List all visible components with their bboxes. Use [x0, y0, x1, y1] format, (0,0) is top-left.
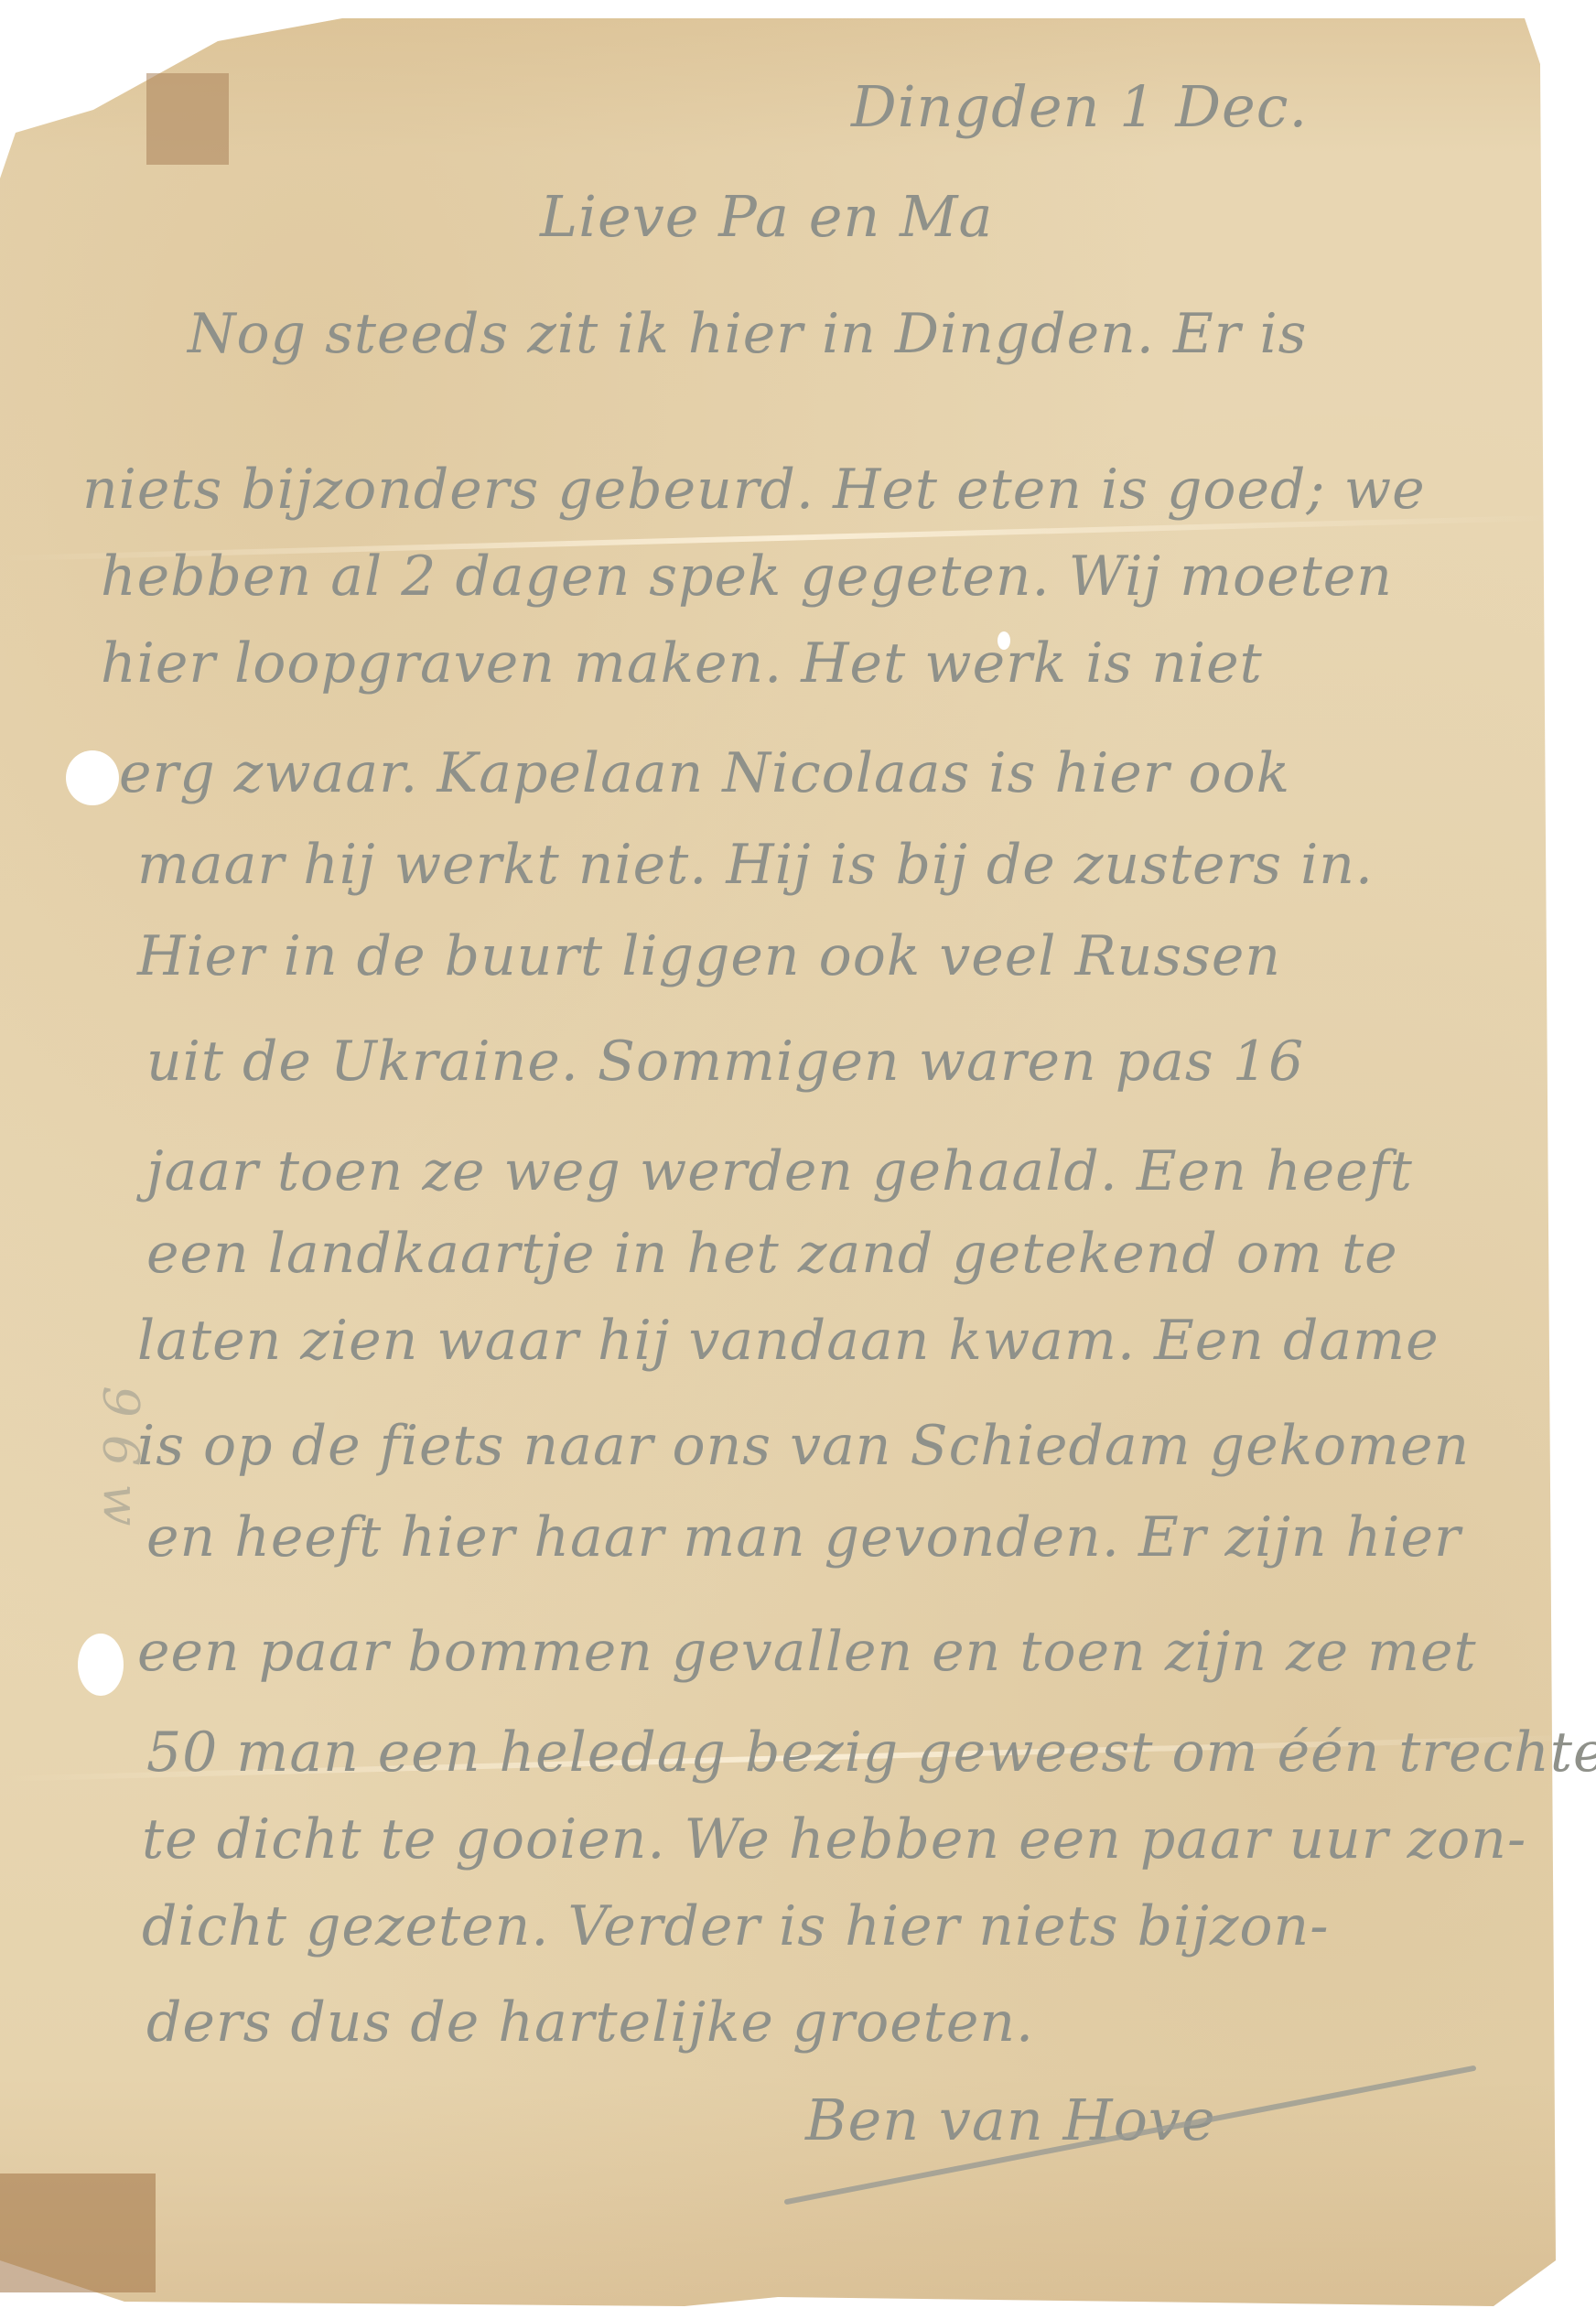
- body-line-2: niets bijzonders gebeurd. Het eten is go…: [82, 458, 1426, 522]
- body-line-14: een paar bommen gevallen en toen zijn ze…: [137, 1620, 1477, 1684]
- body-line-5: erg zwaar. Kapelaan Nicolaas is hier ook: [119, 741, 1290, 805]
- body-line-8: uit de Ukraine. Sommigen waren pas 16: [146, 1030, 1304, 1094]
- body-line-18: ders dus de hartelijke groeten.: [146, 1990, 1034, 2055]
- signature: Ben van Hove: [805, 2087, 1216, 2153]
- body-line-4: hier loopgraven maken. Het werk is niet: [101, 631, 1263, 696]
- body-line-11: laten zien waar hij vandaan kwam. Een da…: [137, 1309, 1440, 1373]
- tape-residue: [0, 2173, 156, 2292]
- body-line-16: te dicht te gooien. We hebben een paar u…: [142, 1807, 1526, 1871]
- body-line-3: hebben al 2 dagen spek gegeten. Wij moet…: [101, 545, 1393, 609]
- salutation: Lieve Pa en Ma: [540, 183, 994, 250]
- body-line-12: is op de fiets naar ons van Schiedam gek…: [137, 1414, 1470, 1478]
- body-line-1: Nog steeds zit ik hier in Dingden. Er is: [188, 302, 1307, 366]
- place-date: Dingden 1 Dec.: [851, 73, 1308, 140]
- body-line-6: maar hij werkt niet. Hij is bij de zuste…: [137, 833, 1374, 897]
- punch-hole: [66, 750, 119, 805]
- body-line-15: 50 man een heledag bezig geweest om één …: [146, 1720, 1596, 1785]
- body-line-10: een landkaartje in het zand getekend om …: [146, 1222, 1398, 1286]
- tape-residue: [146, 73, 229, 165]
- body-line-17: dicht gezeten. Verder is hier niets bijz…: [142, 1894, 1329, 1958]
- body-line-13: en heeft hier haar man gevonden. Er zijn…: [146, 1505, 1461, 1569]
- body-line-9: jaar toen ze weg werden gehaald. Een hee…: [146, 1139, 1413, 1203]
- body-line-7: Hier in de buurt liggen ook veel Russen: [137, 924, 1281, 988]
- punch-hole: [78, 1634, 124, 1696]
